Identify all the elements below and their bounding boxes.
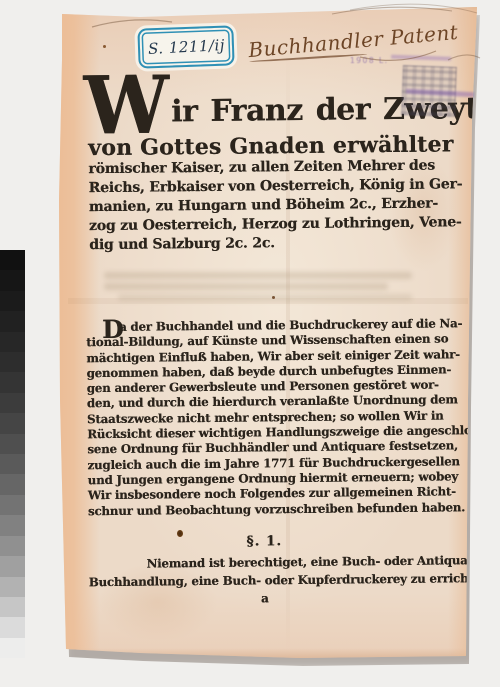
grayscale-calibration-strip <box>0 250 25 658</box>
catchword: a <box>89 590 441 608</box>
purple-ink-stamp <box>395 59 461 121</box>
document-photo: W ir Franz der Zweyte, von Gottes Gnaden… <box>0 0 500 687</box>
grayscale-step <box>0 393 25 413</box>
body-paragraph: a der Buchhandel und die Buchdruckerey a… <box>86 317 440 520</box>
grayscale-step <box>0 515 25 535</box>
grayscale-step <box>0 332 25 352</box>
grayscale-step <box>0 556 25 576</box>
titulature-block: römischer Kaiser, zu allen Zeiten Mehrer… <box>88 158 425 257</box>
body-line: schnur und Beobachtung vorzuschreiben be… <box>88 500 440 519</box>
grayscale-step <box>0 372 25 392</box>
closing-block: Niemand ist berechtiget, eine Buch- oder… <box>88 554 440 593</box>
grayscale-step <box>0 454 25 474</box>
titulature-line: dig und Salzburg 2c. 2c. <box>89 234 425 257</box>
grayscale-step <box>0 577 25 597</box>
grayscale-step <box>0 270 25 290</box>
section-mark: §. 1. <box>88 532 440 552</box>
grayscale-step <box>0 638 25 658</box>
shelfmark-label: S. 1211/ij <box>137 25 234 68</box>
grayscale-step <box>0 434 25 454</box>
subheadline: von Gottes Gnaden erwählter <box>88 132 424 162</box>
grayscale-step <box>0 311 25 331</box>
grayscale-step <box>0 352 25 372</box>
stamp-smudge <box>391 55 451 61</box>
grayscale-step <box>0 474 25 494</box>
shelfmark-text: S. 1211/ij <box>147 36 225 58</box>
headline-initial: W <box>83 68 169 145</box>
grayscale-step <box>0 495 25 515</box>
grayscale-step <box>0 597 25 617</box>
grayscale-step <box>0 250 25 270</box>
grayscale-step <box>0 536 25 556</box>
grayscale-step <box>0 291 25 311</box>
grayscale-step <box>0 413 25 433</box>
grayscale-step <box>0 617 25 637</box>
stamp-text-fragment: 1908 L. <box>350 56 389 65</box>
